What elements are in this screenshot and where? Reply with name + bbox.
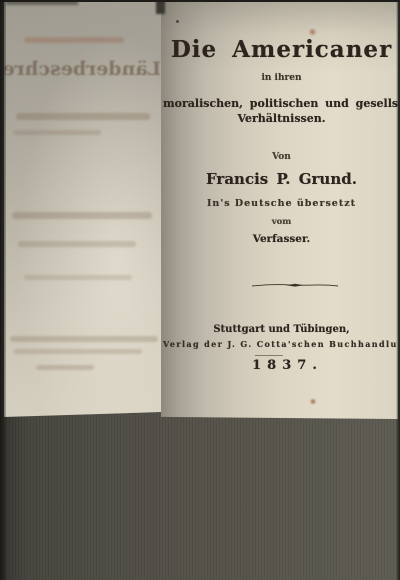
subtitle-line-1: moralischen, politischen und gesellschaf…	[163, 97, 400, 110]
imprint-publisher: Verlag der J. G. Cotta'schen Buchhandlun…	[163, 339, 400, 349]
ghost-text-line	[14, 349, 142, 354]
ghost-text-line	[36, 365, 94, 370]
ghost-text-line	[24, 37, 124, 43]
translation-note: In's Deutsche übersetzt	[163, 198, 400, 209]
imprint-city: Stuttgart und Tübingen,	[163, 324, 400, 335]
photo-top-edge	[0, 0, 400, 2]
photo-left-edge	[0, 0, 6, 580]
translator-name: Verfasser.	[163, 233, 400, 245]
ghost-text-line	[10, 336, 158, 342]
left-book-page: Länderbeschreibung	[4, 2, 161, 417]
translation-by-label: vom	[163, 217, 400, 227]
subtitle-line-2: Verhältnissen.	[163, 112, 400, 125]
ghost-text-line	[16, 113, 150, 120]
ghost-text-line	[24, 275, 132, 280]
byline-label: Von	[163, 152, 400, 162]
author-name: Francis P. Grund.	[163, 170, 400, 188]
book-photo: Länderbeschreibung Die Americaner in ihr…	[0, 0, 400, 580]
ornament-divider-icon	[250, 281, 340, 289]
ghost-text-line	[13, 130, 101, 135]
publication-year: 1837.	[163, 358, 400, 373]
ghost-text-line	[12, 212, 152, 219]
photo-right-edge	[396, 0, 400, 580]
ink-speck	[176, 20, 179, 23]
subtitle-intro: in ihren	[163, 73, 400, 83]
foxing-spot	[308, 28, 317, 36]
title-page: Die Americaner in ihren moralischen, pol…	[161, 2, 398, 419]
ghost-text-line	[18, 241, 136, 247]
page-gutter-shadow	[156, 0, 165, 14]
ghost-showthrough-text: Länderbeschreibung	[4, 58, 161, 80]
book-title: Die Americaner	[163, 36, 400, 63]
foxing-spot	[309, 398, 317, 405]
year-divider-rule	[255, 355, 283, 356]
